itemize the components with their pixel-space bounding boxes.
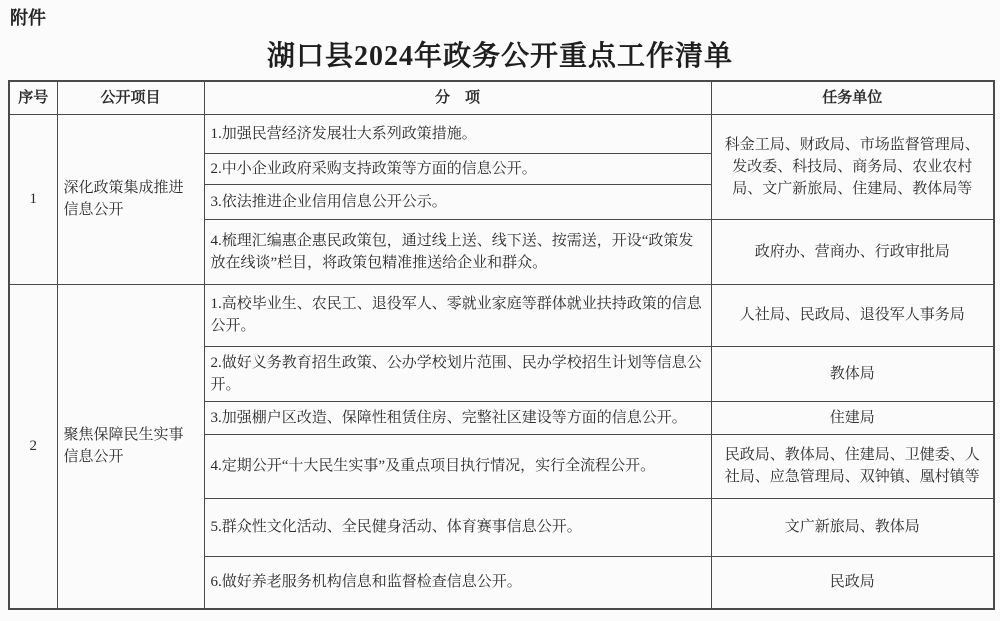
section-2-unit-4: 民政局、教体局、住建局、卫健委、人社局、应急管理局、双钟镇、凰村镇等 [711, 434, 994, 498]
document-title: 湖口县2024年政务公开重点工作清单 [0, 34, 1000, 74]
header-project: 公开项目 [57, 81, 204, 114]
section-1-item-2: 2.中小企业政府采购支持政策等方面的信息公开。 [204, 153, 711, 184]
section-2-item-2: 2.做好义务教育招生政策、公办学校划片范围、民办学校招生计划等信息公开。 [204, 346, 711, 401]
section-1-no: 1 [9, 114, 57, 284]
header-unit: 任务单位 [711, 81, 994, 114]
document-page: 附件 湖口县2024年政务公开重点工作清单 序号 公开项目 分 项 任务单位 1… [0, 0, 1000, 621]
section-1-item-3: 3.依法推进企业信用信息公开公示。 [204, 184, 711, 219]
section-2-item-3: 3.加强棚户区改造、保障性租赁住房、完整社区建设等方面的信息公开。 [204, 401, 711, 434]
section-2-unit-5: 文广新旅局、教体局 [711, 498, 994, 556]
section-2-unit-2: 教体局 [711, 346, 994, 401]
section-2-project: 聚焦保障民生实事信息公开 [57, 284, 204, 609]
table-row: 1 深化政策集成推进信息公开 1.加强民营经济发展壮大系列政策措施。 科金工局、… [9, 114, 994, 153]
section-2-unit-3: 住建局 [711, 401, 994, 434]
section-1-item-1: 1.加强民营经济发展壮大系列政策措施。 [204, 114, 711, 153]
section-2-item-1: 1.高校毕业生、农民工、退役军人、零就业家庭等群体就业扶持政策的信息公开。 [204, 284, 711, 346]
attachment-label: 附件 [10, 4, 46, 30]
table-header-row: 序号 公开项目 分 项 任务单位 [9, 81, 994, 114]
section-2-item-4: 4.定期公开“十大民生实事”及重点项目执行情况，实行全流程公开。 [204, 434, 711, 498]
section-1-item-4: 4.梳理汇编惠企惠民政策包，通过线上送、线下送、按需送，开设“政策发放在线谈”栏… [204, 219, 711, 284]
section-1-unit-1: 科金工局、财政局、市场监督管理局、发改委、科技局、商务局、农业农村局、文广新旅局… [711, 114, 994, 219]
section-2-unit-1: 人社局、民政局、退役军人事务局 [711, 284, 994, 346]
table-row: 2 聚焦保障民生实事信息公开 1.高校毕业生、农民工、退役军人、零就业家庭等群体… [9, 284, 994, 346]
section-2-no: 2 [9, 284, 57, 609]
header-item: 分 项 [204, 81, 711, 114]
section-2-item-5: 5.群众性文化活动、全民健身活动、体育赛事信息公开。 [204, 498, 711, 556]
section-2-item-6: 6.做好养老服务机构信息和监督检查信息公开。 [204, 556, 711, 609]
section-1-unit-4: 政府办、营商办、行政审批局 [711, 219, 994, 284]
section-1-project: 深化政策集成推进信息公开 [57, 114, 204, 284]
header-no: 序号 [9, 81, 57, 114]
section-2-unit-6: 民政局 [711, 556, 994, 609]
work-list-table: 序号 公开项目 分 项 任务单位 1 深化政策集成推进信息公开 1.加强民营经济… [8, 80, 995, 610]
